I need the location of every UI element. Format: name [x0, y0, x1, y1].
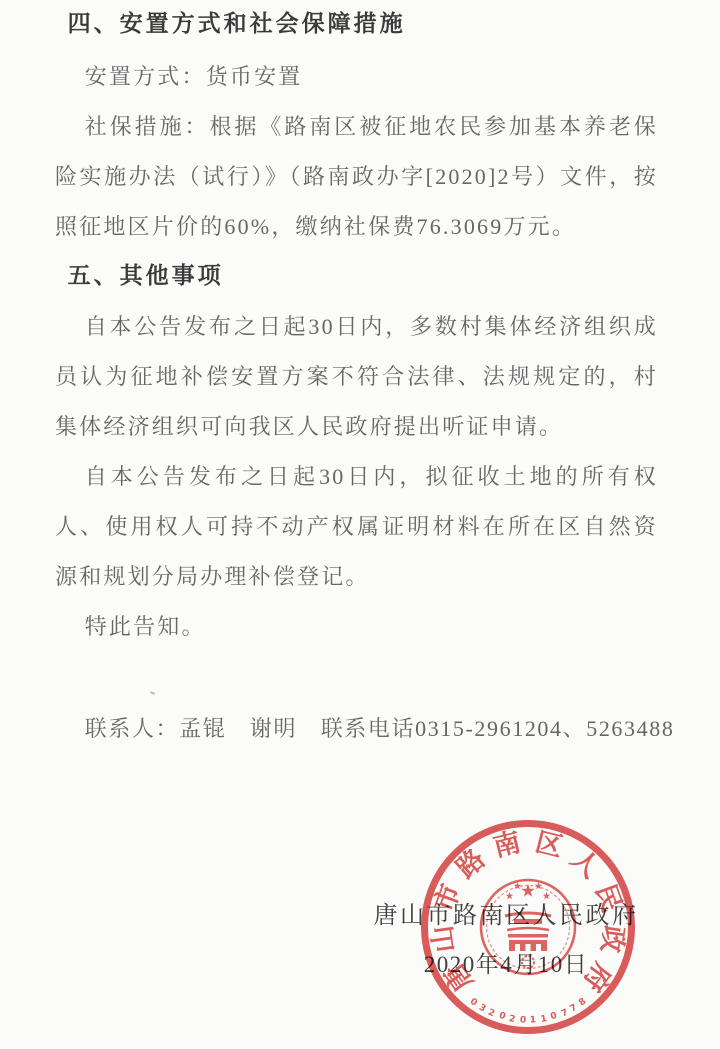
paragraph-hearing-request: 自本公告发布之日起30日内，多数村集体经济组织成员认为征地补偿安置方案不符合法律… [55, 302, 658, 452]
emblem-stars [506, 882, 551, 899]
seal-ring-char: 区 [532, 828, 565, 861]
paragraph-closing: 特此告知。 [55, 602, 658, 652]
issuing-authority: 唐山市路南区人民政府 [372, 902, 640, 930]
seal-code-digit: 1 [530, 1016, 537, 1025]
paragraph-compensation-registration: 自本公告发布之日起30日内，拟征收土地的所有权人、使用权人可持不动产权属证明材料… [55, 452, 658, 602]
scan-noise-speck [150, 691, 155, 695]
section-heading-5: 五、其他事项 [55, 258, 658, 294]
signature-block: 唐山市路南区人民政府 2020年4月10日 [372, 902, 640, 979]
scanned-government-notice-page: 四、安置方式和社会保障措施 安置方式：货币安置 社保措施：根据《路南区被征地农民… [0, 0, 720, 1049]
issue-date: 2020年4月10日 [372, 951, 640, 979]
paragraph-social-security: 社保措施：根据《路南区被征地农民参加基本养老保险实施办法（试行）》（路南政办字[… [55, 102, 658, 252]
seal-code-digit: 0 [519, 1016, 526, 1025]
contact-line: 联系人：孟锟 谢明 联系电话0315-2961204、5263488 [55, 704, 658, 754]
section-heading-4: 四、安置方式和社会保障措施 [55, 6, 658, 42]
paragraph-placement-method: 安置方式：货币安置 [55, 52, 658, 102]
